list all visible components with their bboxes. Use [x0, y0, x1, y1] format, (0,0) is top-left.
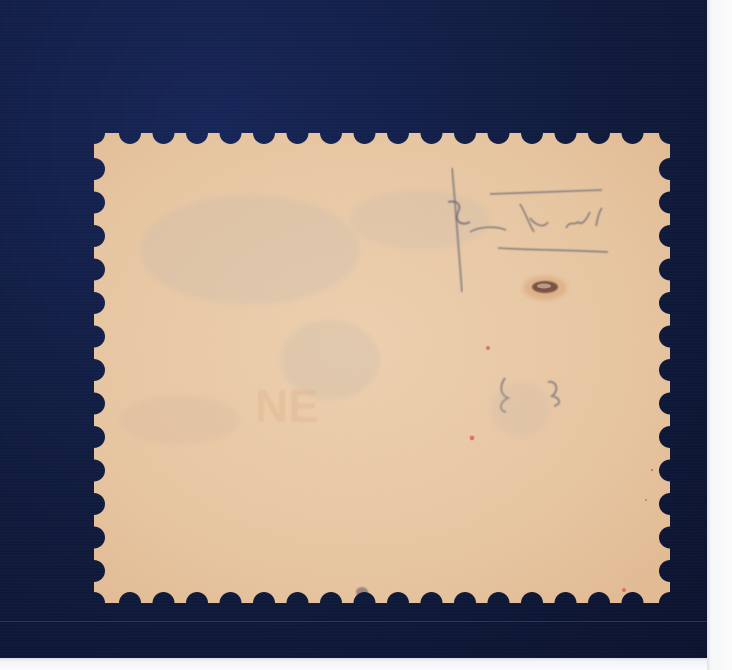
overprint-show-through: NE: [255, 380, 319, 432]
bottom-fleck: [356, 587, 368, 597]
thin-spot: [523, 276, 567, 300]
stamp: NE: [0, 0, 732, 670]
